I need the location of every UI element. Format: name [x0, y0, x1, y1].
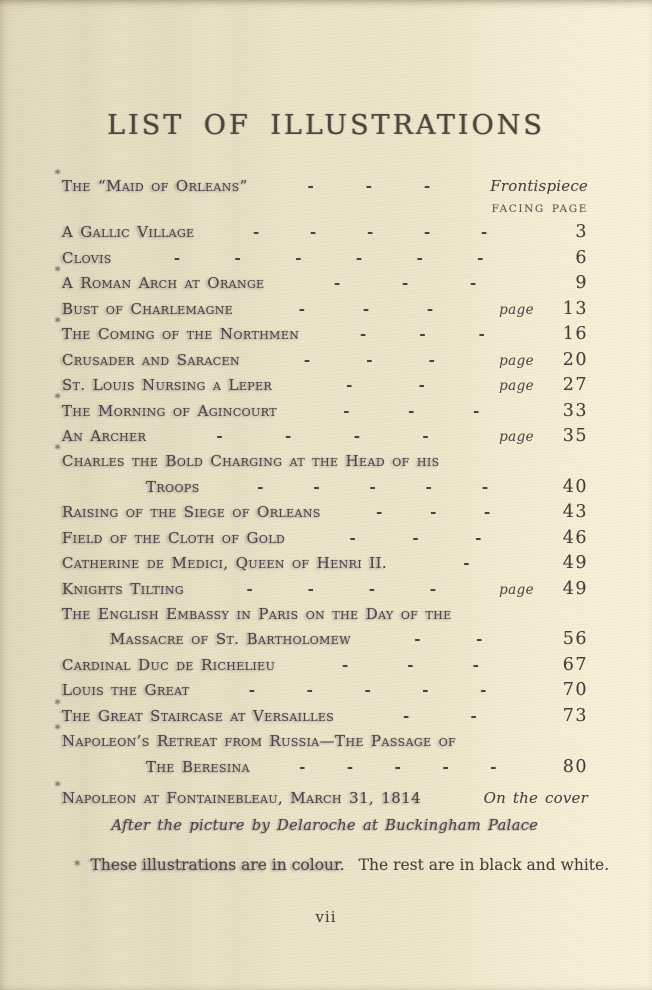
- dash-leader: -----: [195, 220, 546, 245]
- leader-dash: -: [364, 678, 371, 703]
- page-number: 35: [546, 424, 588, 449]
- leader-dash: -: [470, 271, 477, 296]
- dash-leader: ---: [277, 399, 546, 424]
- entry-title: Napoleon at Fontainebleau, March 31, 181…: [62, 786, 421, 811]
- leader-dash: -: [253, 220, 260, 245]
- entry-title: Louis the Great: [62, 678, 190, 703]
- toc-row: * A Roman Arch at Orange --- 9: [62, 271, 588, 296]
- toc-row: * The Coming of the Northmen --- 16: [62, 322, 588, 347]
- page-number: 49: [546, 577, 588, 602]
- folio-page-number: vii: [0, 908, 652, 926]
- dash-leader: ----: [146, 424, 499, 449]
- page-number: 73: [546, 704, 588, 729]
- toc-row: Massacre of St. Bartholomew -- 56: [62, 627, 588, 652]
- toc-row: Knights Tilting ---- page 49: [62, 577, 588, 602]
- leader-dash: -: [430, 500, 437, 525]
- footnote-rest-note: The rest are in black and white.: [359, 856, 609, 874]
- leader-dash: -: [403, 704, 410, 729]
- page-number: 56: [546, 627, 588, 652]
- page-number: 46: [546, 526, 588, 551]
- dash-leader: -----: [190, 678, 546, 703]
- entry-title: Catherine de Medici, Queen of Henri II.: [62, 551, 387, 576]
- leader-dash: -: [307, 678, 314, 703]
- leader-dash: -: [417, 246, 424, 271]
- leader-dash: -: [426, 475, 433, 500]
- leader-dash: -: [247, 577, 254, 602]
- leader-dash: -: [395, 755, 402, 780]
- toc-row: * Napoleon at Fontainebleau, March 31, 1…: [62, 786, 588, 811]
- entry-title: Massacre of St. Bartholomew: [110, 627, 351, 652]
- entry-title: The Beresina: [146, 755, 250, 780]
- leader-dash: -: [343, 399, 350, 424]
- footnote: *These illustrations are in colour.The r…: [74, 856, 594, 874]
- leader-dash: -: [349, 526, 356, 551]
- toc-row: An Archer ---- page 35: [62, 424, 588, 449]
- leader-dash: -: [285, 424, 292, 449]
- dash-leader: ------: [112, 246, 546, 271]
- leader-dash: -: [463, 551, 470, 576]
- toc-row: * The “Maid of Orleans” --- Frontispiece: [62, 174, 588, 199]
- leader-dash: -: [376, 500, 383, 525]
- leader-dash: -: [366, 174, 373, 199]
- leader-dash: -: [412, 526, 419, 551]
- leader-dash: -: [369, 577, 376, 602]
- entry-title: A Roman Arch at Orange: [62, 271, 265, 296]
- entry-title: Raising of the Siege of Orleans: [62, 500, 321, 525]
- leader-dash: -: [484, 500, 491, 525]
- toc-row: Bust of Charlemagne --- page 13: [62, 297, 588, 322]
- dash-leader: --: [334, 704, 546, 729]
- leader-dash: -: [473, 653, 480, 678]
- leader-dash: -: [216, 424, 223, 449]
- leader-dash: -: [334, 271, 341, 296]
- entry-title: The Coming of the Northmen: [62, 322, 299, 347]
- toc-row: * Napoleon’s Retreat from Russia—The Pas…: [62, 729, 588, 754]
- leader-dash: -: [307, 174, 314, 199]
- dash-leader: ---: [321, 500, 546, 525]
- page-number: Frontispiece: [490, 174, 588, 199]
- leader-dash: -: [313, 475, 320, 500]
- credit-line: After the picture by Delaroche at Buckin…: [62, 814, 588, 839]
- page-word: page: [499, 578, 534, 603]
- leader-dash: -: [346, 373, 353, 398]
- entry-title: The “Maid of Orleans”: [62, 174, 248, 199]
- leader-dash: -: [430, 577, 437, 602]
- page-number: 16: [546, 322, 588, 347]
- page-word: page: [499, 349, 534, 374]
- leader-dash: -: [476, 627, 483, 652]
- leader-dash: -: [414, 627, 421, 652]
- entry-title: A Gallic Village: [62, 220, 195, 245]
- book-page: LIST OF ILLUSTRATIONS * The “Maid of Orl…: [0, 0, 652, 990]
- entry-title: The English Embassy in Paris on the Day …: [62, 602, 452, 627]
- dash-leader: ---: [275, 653, 546, 678]
- leader-dash: -: [429, 348, 436, 373]
- leader-dash: -: [481, 220, 488, 245]
- leader-dash: -: [347, 755, 354, 780]
- dash-leader: -: [387, 551, 546, 576]
- leader-dash: -: [424, 174, 431, 199]
- leader-dash: -: [475, 526, 482, 551]
- toc-row: St. Louis Nursing a Leper -- page 27: [62, 373, 588, 398]
- dash-leader: ----: [184, 577, 499, 602]
- page-number: 9: [546, 271, 588, 296]
- entry-title: St. Louis Nursing a Leper: [62, 373, 272, 398]
- leader-dash: -: [402, 271, 409, 296]
- leader-dash: -: [422, 678, 429, 703]
- entry-title: Bust of Charlemagne: [62, 297, 233, 322]
- page-number: 6: [546, 246, 588, 271]
- toc-row: * The Morning of Agincourt --- 33: [62, 399, 588, 424]
- leader-dash: -: [424, 220, 431, 245]
- leader-dash: -: [235, 246, 242, 271]
- page-word: page: [499, 425, 534, 450]
- page-number: On the cover: [484, 786, 588, 811]
- leader-dash: -: [419, 373, 426, 398]
- dash-leader: ---: [248, 174, 490, 199]
- leader-dash: -: [482, 475, 489, 500]
- leader-dash: -: [408, 399, 415, 424]
- leader-dash: -: [473, 399, 480, 424]
- toc-row: Catherine de Medici, Queen of Henri II. …: [62, 551, 588, 576]
- toc-row: Clovis ------ 6: [62, 246, 588, 271]
- leader-dash: -: [442, 755, 449, 780]
- toc-row: Crusader and Saracen --- page 20: [62, 348, 588, 373]
- leader-dash: -: [479, 322, 486, 347]
- page-title: LIST OF ILLUSTRATIONS: [0, 110, 652, 141]
- leader-dash: -: [257, 475, 264, 500]
- entry-title: Clovis: [62, 246, 112, 271]
- toc-row: * The Great Staircase at Versailles -- 7…: [62, 704, 588, 729]
- leader-dash: -: [342, 653, 349, 678]
- leader-dash: -: [295, 246, 302, 271]
- page-number: 70: [546, 678, 588, 703]
- leader-dash: -: [490, 755, 497, 780]
- page-number: 49: [546, 551, 588, 576]
- page-number: 40: [546, 475, 588, 500]
- leader-dash: -: [174, 246, 181, 271]
- entry-title: The Great Staircase at Versailles: [62, 704, 334, 729]
- page-word: page: [499, 298, 534, 323]
- leader-dash: -: [422, 424, 429, 449]
- toc-row: The Beresina ----- 80: [62, 755, 588, 780]
- dash-leader: ---: [233, 297, 499, 322]
- leader-dash: -: [477, 246, 484, 271]
- entry-title: Crusader and Saracen: [62, 348, 240, 373]
- dash-leader: --: [351, 627, 546, 652]
- dash-leader: ---: [299, 322, 546, 347]
- toc-row: Raising of the Siege of Orleans --- 43: [62, 500, 588, 525]
- dash-leader: -----: [200, 475, 546, 500]
- leader-dash: -: [299, 297, 306, 322]
- footnote-asterisk: *: [74, 859, 81, 874]
- dash-leader: --: [272, 373, 499, 398]
- page-number: 20: [546, 348, 588, 373]
- toc-row: A Gallic Village ----- 3: [62, 220, 588, 245]
- toc-row: Troops ----- 40: [62, 475, 588, 500]
- toc-row: * Charles the Bold Charging at the Head …: [62, 449, 588, 474]
- toc-row: Field of the Cloth of Gold --- 46: [62, 526, 588, 551]
- page-number: 13: [546, 297, 588, 322]
- leader-dash: -: [407, 653, 414, 678]
- leader-dash: -: [419, 322, 426, 347]
- leader-dash: -: [354, 424, 361, 449]
- entry-title: Charles the Bold Charging at the Head of…: [62, 449, 440, 474]
- leader-dash: -: [427, 297, 434, 322]
- entry-title: Troops: [146, 475, 200, 500]
- entry-title: Napoleon’s Retreat from Russia—The Passa…: [62, 729, 456, 754]
- leader-dash: -: [471, 704, 478, 729]
- facing-page-label: FACING PAGE: [62, 199, 588, 220]
- dash-leader: ---: [285, 526, 546, 551]
- leader-dash: -: [299, 755, 306, 780]
- entry-title: Field of the Cloth of Gold: [62, 526, 285, 551]
- toc-row: The English Embassy in Paris on the Day …: [62, 602, 588, 627]
- page-number: 43: [546, 500, 588, 525]
- toc-row: Louis the Great ----- 70: [62, 678, 588, 703]
- toc-row: Cardinal Duc de Richelieu --- 67: [62, 653, 588, 678]
- page-number: 80: [546, 755, 588, 780]
- leader-dash: -: [304, 348, 311, 373]
- dash-leader: -----: [250, 755, 546, 780]
- leader-dash: -: [366, 348, 373, 373]
- page-number: 27: [546, 373, 588, 398]
- dash-leader: ---: [265, 271, 546, 296]
- leader-dash: -: [308, 577, 315, 602]
- leader-dash: -: [249, 678, 256, 703]
- entry-title: Knights Tilting: [62, 577, 184, 602]
- illustrations-list: * The “Maid of Orleans” --- Frontispiece…: [62, 174, 588, 839]
- leader-dash: -: [310, 220, 317, 245]
- entry-title: Cardinal Duc de Richelieu: [62, 653, 275, 678]
- page-number: 67: [546, 653, 588, 678]
- entry-title: The Morning of Agincourt: [62, 399, 277, 424]
- leader-dash: -: [480, 678, 487, 703]
- leader-dash: -: [367, 220, 374, 245]
- footnote-colour-note: These illustrations are in colour.: [91, 856, 345, 874]
- leader-dash: -: [360, 322, 367, 347]
- page-word: page: [499, 374, 534, 399]
- leader-dash: -: [356, 246, 363, 271]
- leader-dash: -: [370, 475, 377, 500]
- page-number: 33: [546, 399, 588, 424]
- entry-title: An Archer: [62, 424, 146, 449]
- page-number: 3: [546, 220, 588, 245]
- leader-dash: -: [363, 297, 370, 322]
- dash-leader: ---: [240, 348, 499, 373]
